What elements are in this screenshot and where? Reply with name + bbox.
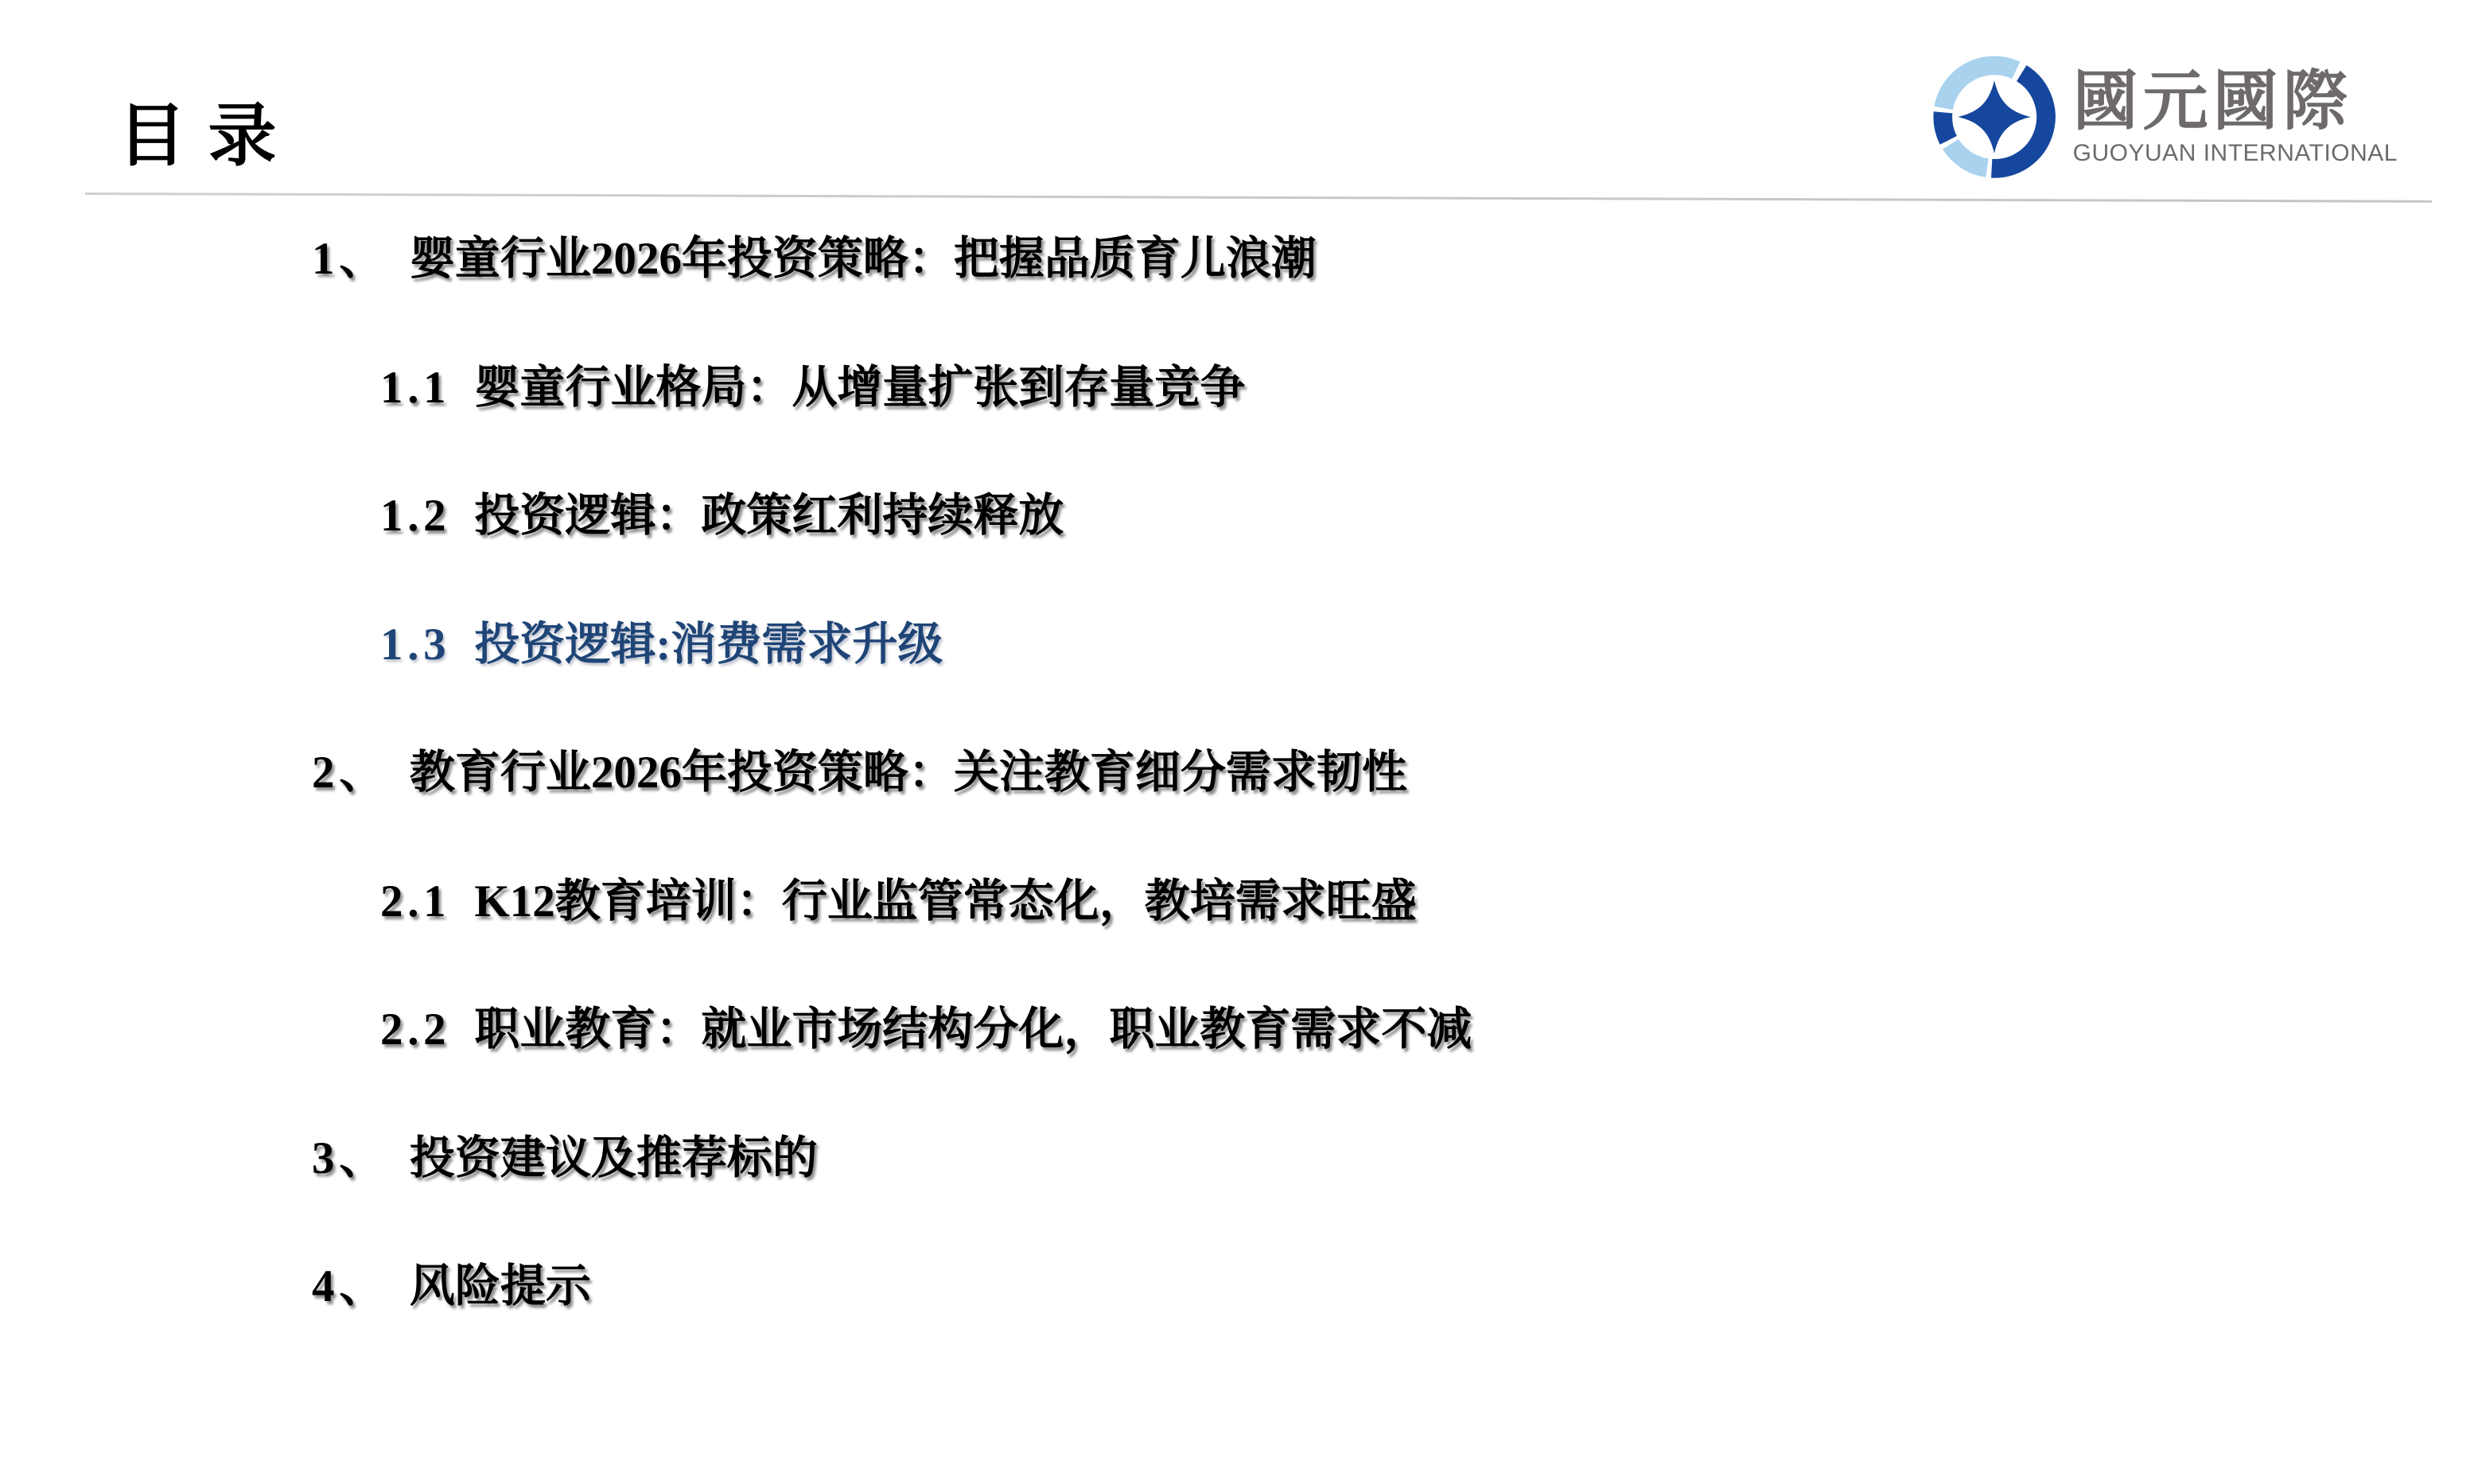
toc-item-number: 2.1 xyxy=(380,876,450,928)
toc-item-2[interactable]: 2、 教育行业2026年投资策略：关注教育细分需求韧性 xyxy=(312,747,1407,799)
toc-item-number: 4、 xyxy=(312,1261,389,1313)
toc-item-1-2[interactable]: 1.2 投资逻辑：政策红利持续释放 xyxy=(380,490,1064,542)
toc-item-4[interactable]: 4、 风险提示 xyxy=(312,1261,591,1313)
toc-item-text: K12教育培训：行业监管常态化，教培需求旺盛 xyxy=(474,876,1416,928)
toc-item-text: 投资逻辑:消费需求升级 xyxy=(474,619,943,671)
toc-item-text: 职业教育：就业市场结构分化，职业教育需求不减 xyxy=(474,1004,1472,1056)
toc-item-text: 教育行业2026年投资策略：关注教育细分需求韧性 xyxy=(410,747,1407,799)
toc-item-1-1[interactable]: 1.1 婴童行业格局：从增量扩张到存量竞争 xyxy=(380,362,1245,414)
toc-list: 1、 婴童行业2026年投资策略：把握品质育儿浪潮 1.1 婴童行业格局：从增量… xyxy=(0,0,2474,1484)
toc-item-number: 2.2 xyxy=(380,1004,450,1056)
toc-item-text: 风险提示 xyxy=(410,1261,591,1313)
toc-item-text: 婴童行业格局：从增量扩张到存量竞争 xyxy=(474,362,1245,414)
toc-item-2-2[interactable]: 2.2 职业教育：就业市场结构分化，职业教育需求不减 xyxy=(380,1004,1472,1056)
toc-item-2-1[interactable]: 2.1 K12教育培训：行业监管常态化，教培需求旺盛 xyxy=(380,876,1417,928)
toc-item-number: 1.1 xyxy=(380,362,450,414)
toc-item-text: 投资逻辑：政策红利持续释放 xyxy=(474,490,1064,542)
toc-item-1[interactable]: 1、 婴童行业2026年投资策略：把握品质育儿浪潮 xyxy=(312,233,1317,286)
toc-item-number: 1.2 xyxy=(380,490,450,542)
toc-item-number: 3、 xyxy=(312,1132,389,1185)
toc-item-1-3[interactable]: 1.3 投资逻辑:消费需求升级 xyxy=(380,619,943,671)
toc-item-number: 1、 xyxy=(312,233,389,286)
toc-item-3[interactable]: 3、 投资建议及推荐标的 xyxy=(312,1132,818,1185)
toc-item-text: 婴童行业2026年投资策略：把握品质育儿浪潮 xyxy=(410,233,1317,286)
toc-item-number: 1.3 xyxy=(380,619,450,671)
toc-item-number: 2、 xyxy=(312,747,389,799)
toc-item-text: 投资建议及推荐标的 xyxy=(410,1132,818,1185)
slide: 目录 國元國際 GUOYUAN INTERNATIONAL 1、 婴童行业202… xyxy=(0,0,2474,1484)
